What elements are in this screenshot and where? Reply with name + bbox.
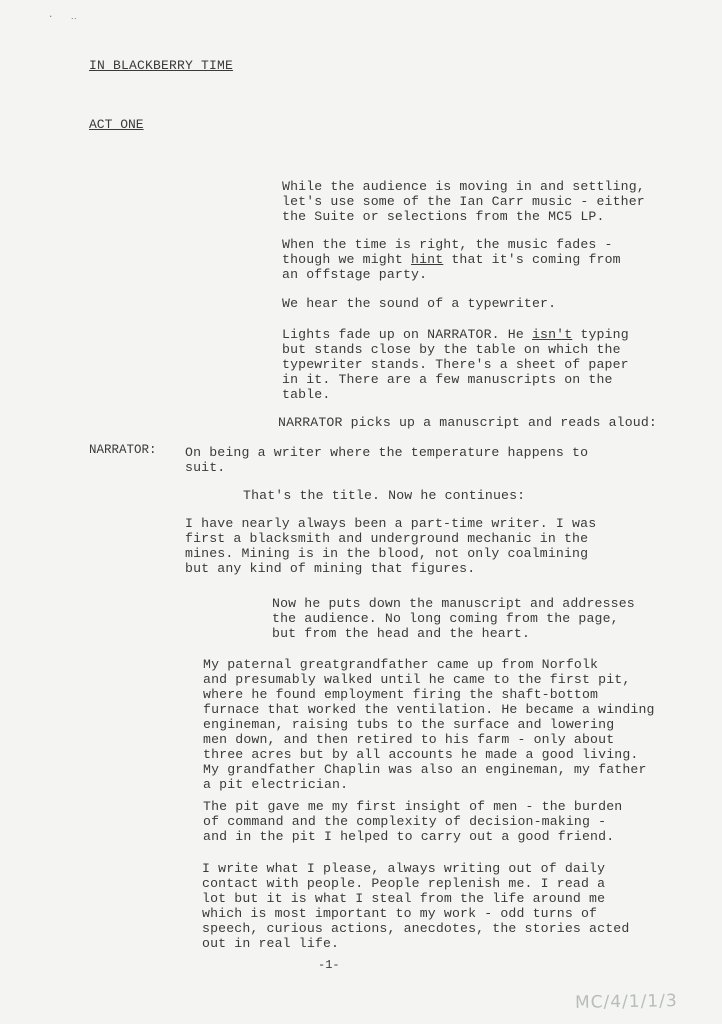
direction-text: Lights fade up on NARRATOR. He (282, 327, 532, 342)
stage-direction-3: We hear the sound of a typewriter. (282, 296, 556, 311)
document-page: · ‥ IN BLACKBERRY TIME ACT ONE While the… (0, 0, 722, 1024)
page-number: -1- (318, 958, 340, 972)
stage-direction-4: Lights fade up on NARRATOR. He isn't typ… (282, 327, 629, 402)
dialogue-2: I have nearly always been a part-time wr… (185, 516, 596, 576)
dialogue-3: My paternal greatgrandfather came up fro… (203, 657, 655, 792)
paper-specks: · ‥ (48, 12, 83, 22)
stage-direction-6: That's the title. Now he continues: (243, 488, 525, 503)
play-title: IN BLACKBERRY TIME (89, 58, 233, 73)
dialogue-1: On being a writer where the temperature … (185, 445, 588, 475)
underlined-word: isn't (532, 327, 572, 342)
act-heading: ACT ONE (89, 117, 144, 132)
stage-direction-2: When the time is right, the music fades … (282, 237, 621, 282)
stage-direction-5: NARRATOR picks up a manuscript and reads… (278, 415, 657, 430)
speaker-name: NARRATOR: (89, 443, 157, 457)
dialogue-4: The pit gave me my first insight of men … (203, 799, 622, 844)
stage-direction-7: Now he puts down the manuscript and addr… (272, 596, 635, 641)
dialogue-5: I write what I please, always writing ou… (202, 861, 629, 951)
archive-reference: MC/4/1/1/3 (575, 991, 678, 1013)
stage-direction-1: While the audience is moving in and sett… (282, 179, 645, 224)
underlined-word: hint (411, 252, 443, 267)
